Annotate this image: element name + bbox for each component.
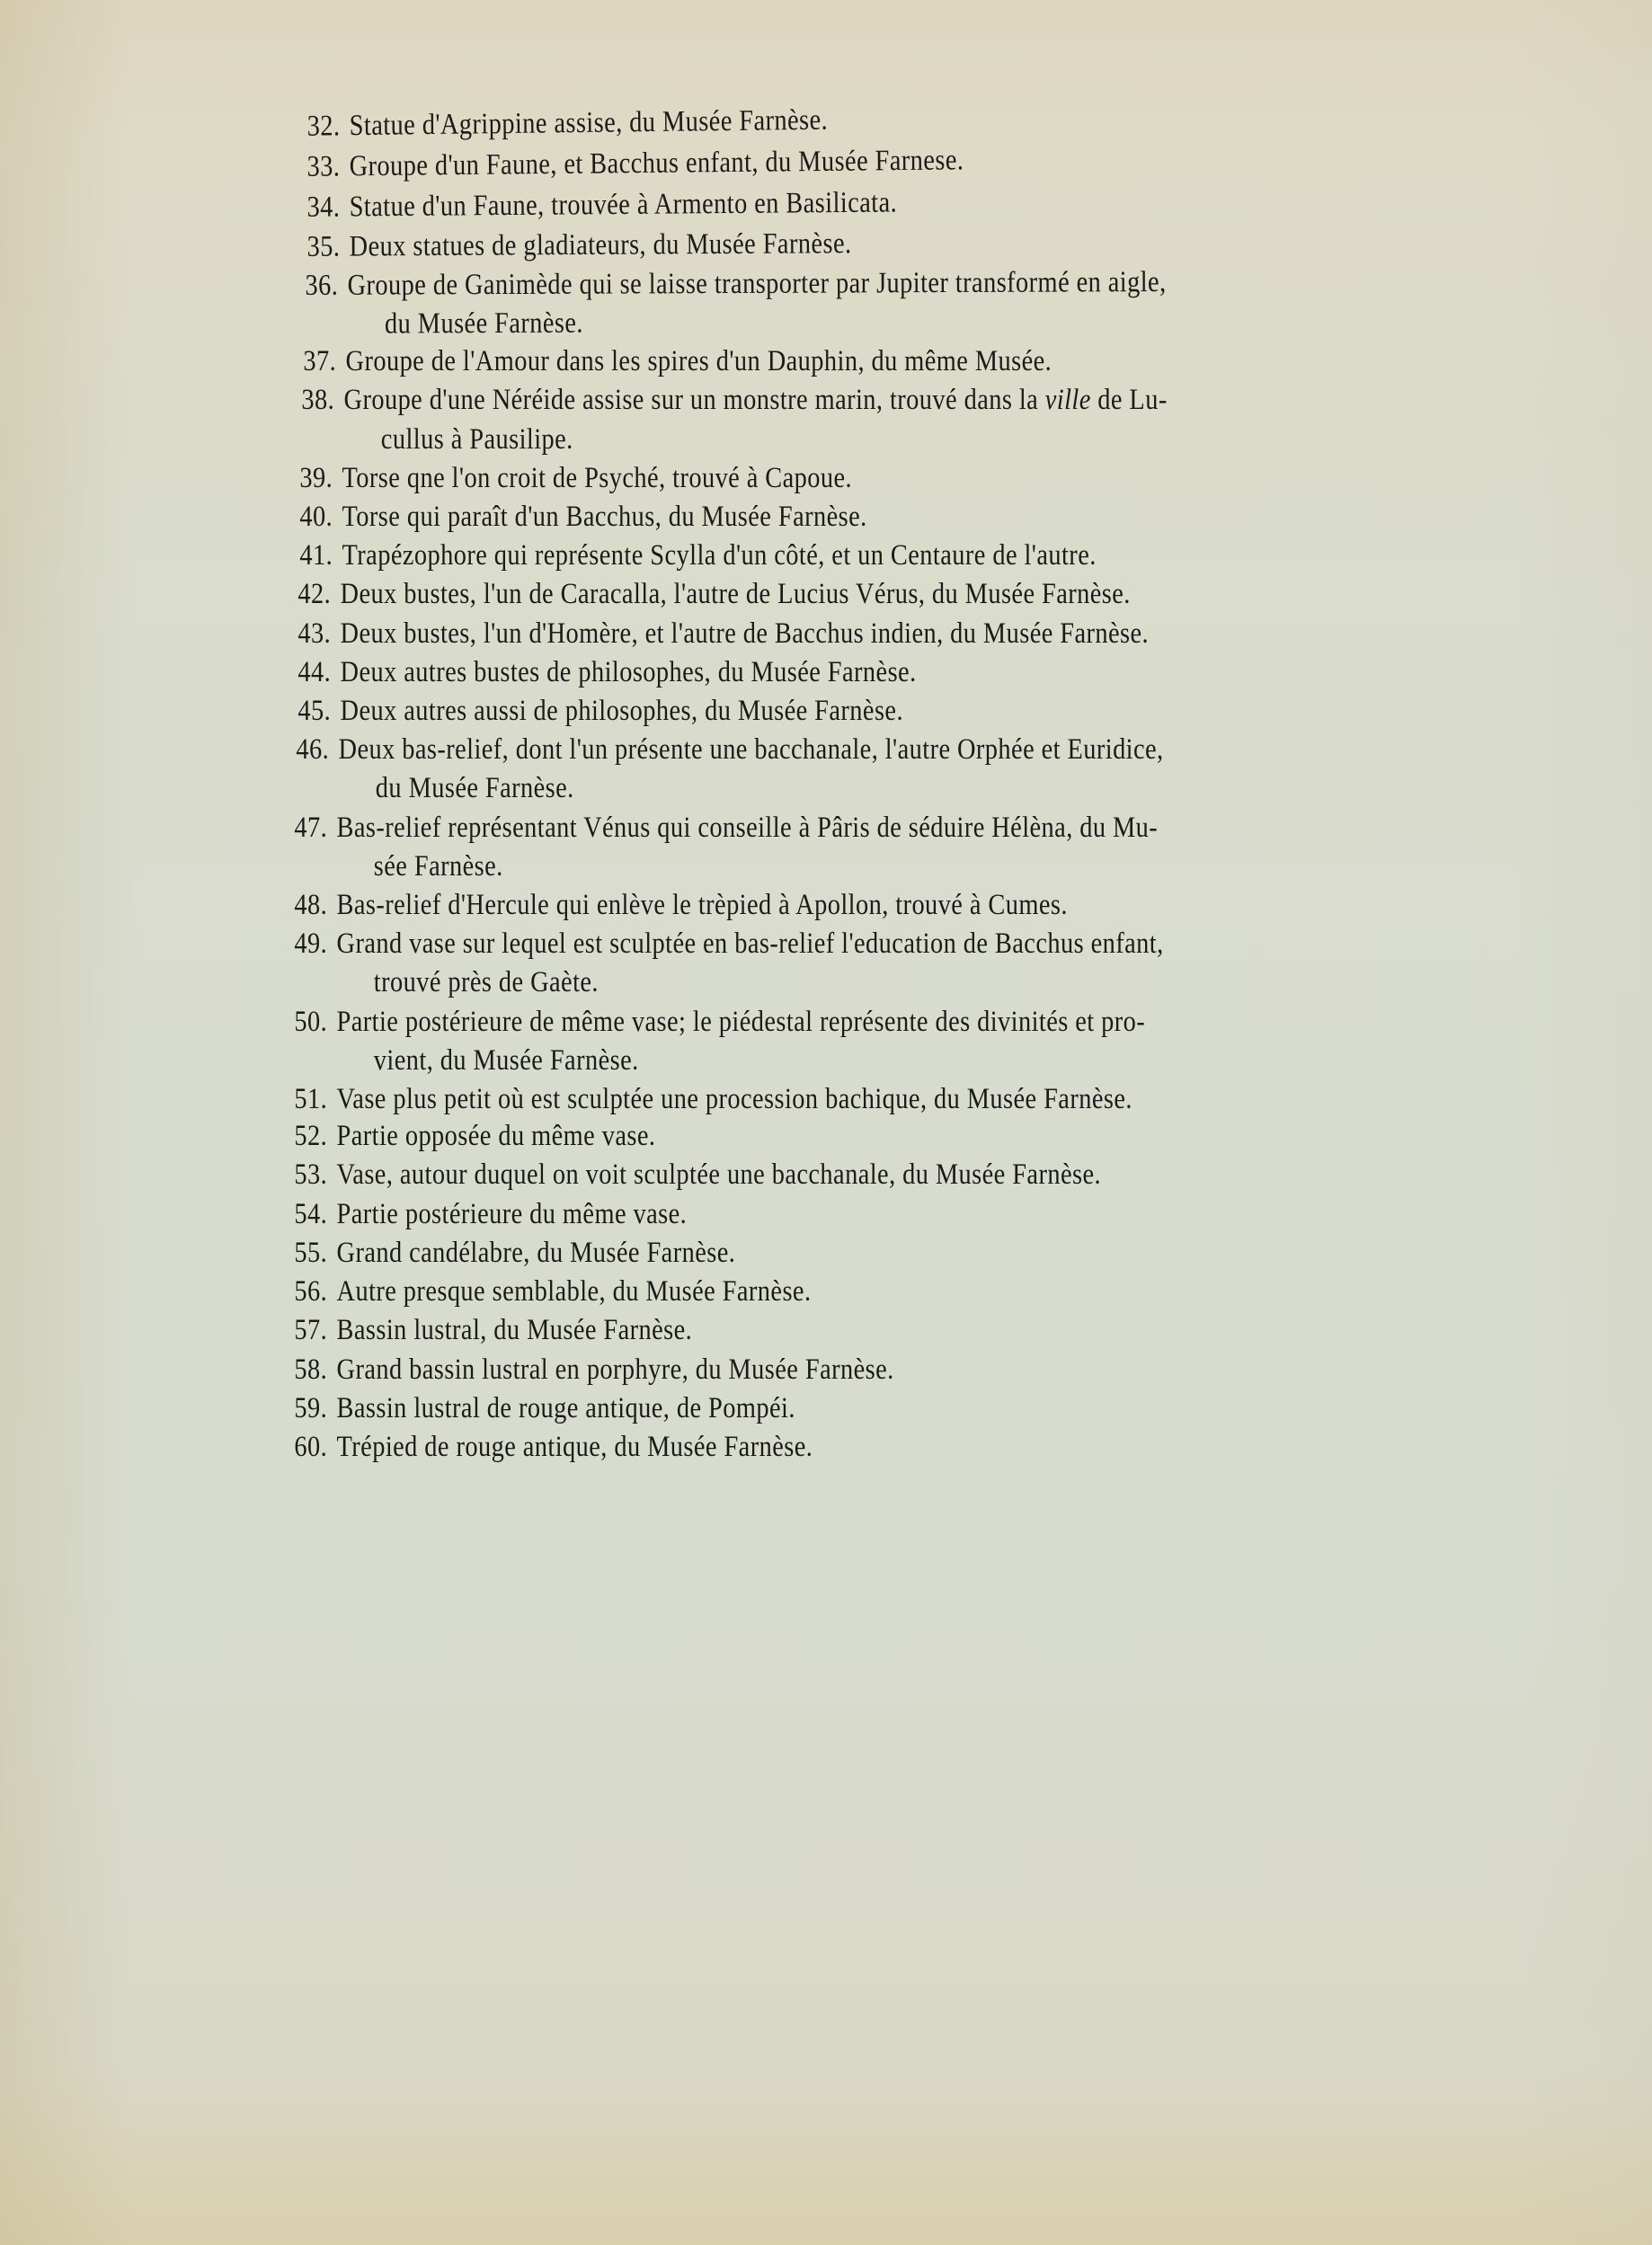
entry-number: 60. (273, 1428, 327, 1467)
entry-number: 38. (280, 381, 334, 420)
catalogue-entry: 46. Deux bas-relief, dont l'un présente … (275, 731, 1652, 808)
entry-number: 36. (284, 267, 338, 306)
entry-text: Bas-relief représentant Vénus qui consei… (273, 809, 1652, 847)
catalogue-list: 32. Statue d'Agrippine assise, du Musée … (0, 101, 1652, 1460)
entry-number: 51. (273, 1080, 327, 1119)
entry-number: 40. (279, 498, 333, 537)
entry-number: 39. (279, 459, 333, 498)
catalogue-entry: 49. Grand vase sur lequel est sculptée e… (273, 925, 1652, 1002)
catalogue-entry: 59. Bassin lustral de rouge antique, de … (273, 1389, 1652, 1428)
catalogue-entry: 53. Vase, autour duquel on voit sculptée… (273, 1156, 1652, 1194)
catalogue-entry: 45. Deux autres aussi de philosophes, du… (277, 692, 1652, 731)
catalogue-entry: 55. Grand candélabre, du Musée Farnèse. (273, 1234, 1652, 1273)
entry-text: Trapézophore qui représente Scylla d'un … (279, 537, 1652, 575)
entry-text: Grand candélabre, du Musée Farnèse. (273, 1234, 1652, 1273)
entry-number: 32. (286, 107, 341, 146)
catalogue-entry: 37. Groupe de l'Amour dans les spires d'… (282, 342, 1652, 381)
entry-continuation: vient, du Musée Farnèse. (273, 1042, 1652, 1080)
catalogue-entry: 44. Deux autres bustes de philosophes, d… (277, 653, 1652, 692)
entry-number: 44. (277, 653, 331, 692)
italic-word: ville (1045, 384, 1091, 416)
entry-continuation: du Musée Farnèse. (275, 769, 1652, 808)
entry-number: 35. (286, 227, 340, 267)
catalogue-entry: 47. Bas-relief représentant Vénus qui co… (273, 809, 1652, 886)
entry-text: Deux autres aussi de philosophes, du Mus… (277, 692, 1652, 731)
entry-number: 52. (273, 1117, 327, 1156)
entry-continuation: cullus à Pausilipe. (280, 421, 1652, 459)
entry-text: Partie postérieure du même vase. (273, 1195, 1652, 1234)
catalogue-entry: 58. Grand bassin lustral en porphyre, du… (273, 1351, 1652, 1389)
entry-text: Groupe de Ganimède qui se laisse transpo… (284, 261, 1652, 306)
catalogue-entry: 43. Deux bustes, l'un d'Homère, et l'aut… (277, 615, 1652, 653)
catalogue-entry: 38. Groupe d'une Néréide assise sur un m… (280, 381, 1652, 458)
entry-text: Trépied de rouge antique, du Musée Farnè… (273, 1428, 1652, 1467)
entry-number: 34. (286, 189, 340, 228)
entry-number: 57. (273, 1311, 327, 1350)
entry-text: Bassin lustral, du Musée Farnèse. (273, 1311, 1652, 1350)
entry-text: Vase plus petit où est sculptée une proc… (273, 1080, 1652, 1119)
entry-continuation: trouvé près de Gaète. (273, 963, 1652, 1002)
entry-text: Deux bas-relief, dont l'un présente une … (275, 731, 1652, 769)
entry-text: Autre presque semblable, du Musée Farnès… (273, 1273, 1652, 1311)
catalogue-entry: 60. Trépied de rouge antique, du Musée F… (273, 1428, 1652, 1467)
entry-number: 37. (282, 342, 336, 381)
entry-text: Bas-relief d'Hercule qui enlève le trèpi… (273, 886, 1652, 925)
entry-number: 45. (277, 692, 331, 731)
catalogue-entry: 51. Vase plus petit où est sculptée une … (273, 1080, 1652, 1119)
entry-continuation: du Musée Farnèse. (284, 300, 1652, 345)
entry-number: 56. (273, 1273, 327, 1311)
entry-continuation: sée Farnèse. (273, 847, 1652, 886)
entry-text: Torse qui paraît d'un Bacchus, du Musée … (279, 498, 1652, 537)
entry-number: 43. (277, 615, 331, 653)
entry-text: Deux bustes, l'un d'Homère, et l'autre d… (277, 615, 1652, 653)
entry-text: Grand vase sur lequel est sculptée en ba… (273, 925, 1652, 963)
entry-number: 53. (273, 1156, 327, 1194)
entry-number: 41. (279, 537, 333, 575)
catalogue-entry: 36. Groupe de Ganimède qui se laisse tra… (284, 261, 1652, 344)
entry-number: 50. (273, 1003, 327, 1042)
entry-number: 59. (273, 1389, 327, 1428)
entry-text: Groupe d'une Néréide assise sur un monst… (280, 381, 1652, 420)
entry-number: 42. (277, 575, 331, 614)
entry-number: 47. (273, 809, 327, 847)
entry-text: Deux statues de gladiateurs, du Musée Fa… (286, 219, 1652, 267)
entry-text: Partie opposée du même vase. (273, 1117, 1652, 1156)
catalogue-entry: 35. Deux statues de gladiateurs, du Musé… (286, 219, 1652, 267)
catalogue-entry: 56. Autre presque semblable, du Musée Fa… (273, 1273, 1652, 1311)
catalogue-entry: 40. Torse qui paraît d'un Bacchus, du Mu… (279, 498, 1652, 537)
catalogue-entry: 39. Torse qne l'on croit de Psyché, trou… (279, 459, 1652, 498)
entry-text: Groupe de l'Amour dans les spires d'un D… (282, 342, 1652, 381)
entry-number: 54. (273, 1195, 327, 1234)
catalogue-entry: 54. Partie postérieure du même vase. (273, 1195, 1652, 1234)
entry-number: 55. (273, 1234, 327, 1273)
entry-number: 58. (273, 1351, 327, 1389)
entry-number: 49. (273, 925, 327, 963)
catalogue-entry: 50. Partie postérieure de même vase; le … (273, 1003, 1652, 1080)
catalogue-entry: 52. Partie opposée du même vase. (273, 1117, 1652, 1156)
entry-number: 46. (275, 731, 329, 769)
entry-text: Bassin lustral de rouge antique, de Pomp… (273, 1389, 1652, 1428)
catalogue-entry: 57. Bassin lustral, du Musée Farnèse. (273, 1311, 1652, 1350)
catalogue-entry: 42. Deux bustes, l'un de Caracalla, l'au… (277, 575, 1652, 614)
catalogue-entry: 48. Bas-relief d'Hercule qui enlève le t… (273, 886, 1652, 925)
entry-text: Deux bustes, l'un de Caracalla, l'autre … (277, 575, 1652, 614)
entry-number: 48. (273, 886, 327, 925)
entry-number: 33. (286, 148, 341, 188)
entry-text: Grand bassin lustral en porphyre, du Mus… (273, 1351, 1652, 1389)
entry-text: Torse qne l'on croit de Psyché, trouvé à… (279, 459, 1652, 498)
entry-text: Vase, autour duquel on voit sculptée une… (273, 1156, 1652, 1194)
catalogue-entry: 41. Trapézophore qui représente Scylla d… (279, 537, 1652, 575)
entry-text: Deux autres bustes de philosophes, du Mu… (277, 653, 1652, 692)
entry-text: Partie postérieure de même vase; le piéd… (273, 1003, 1652, 1042)
